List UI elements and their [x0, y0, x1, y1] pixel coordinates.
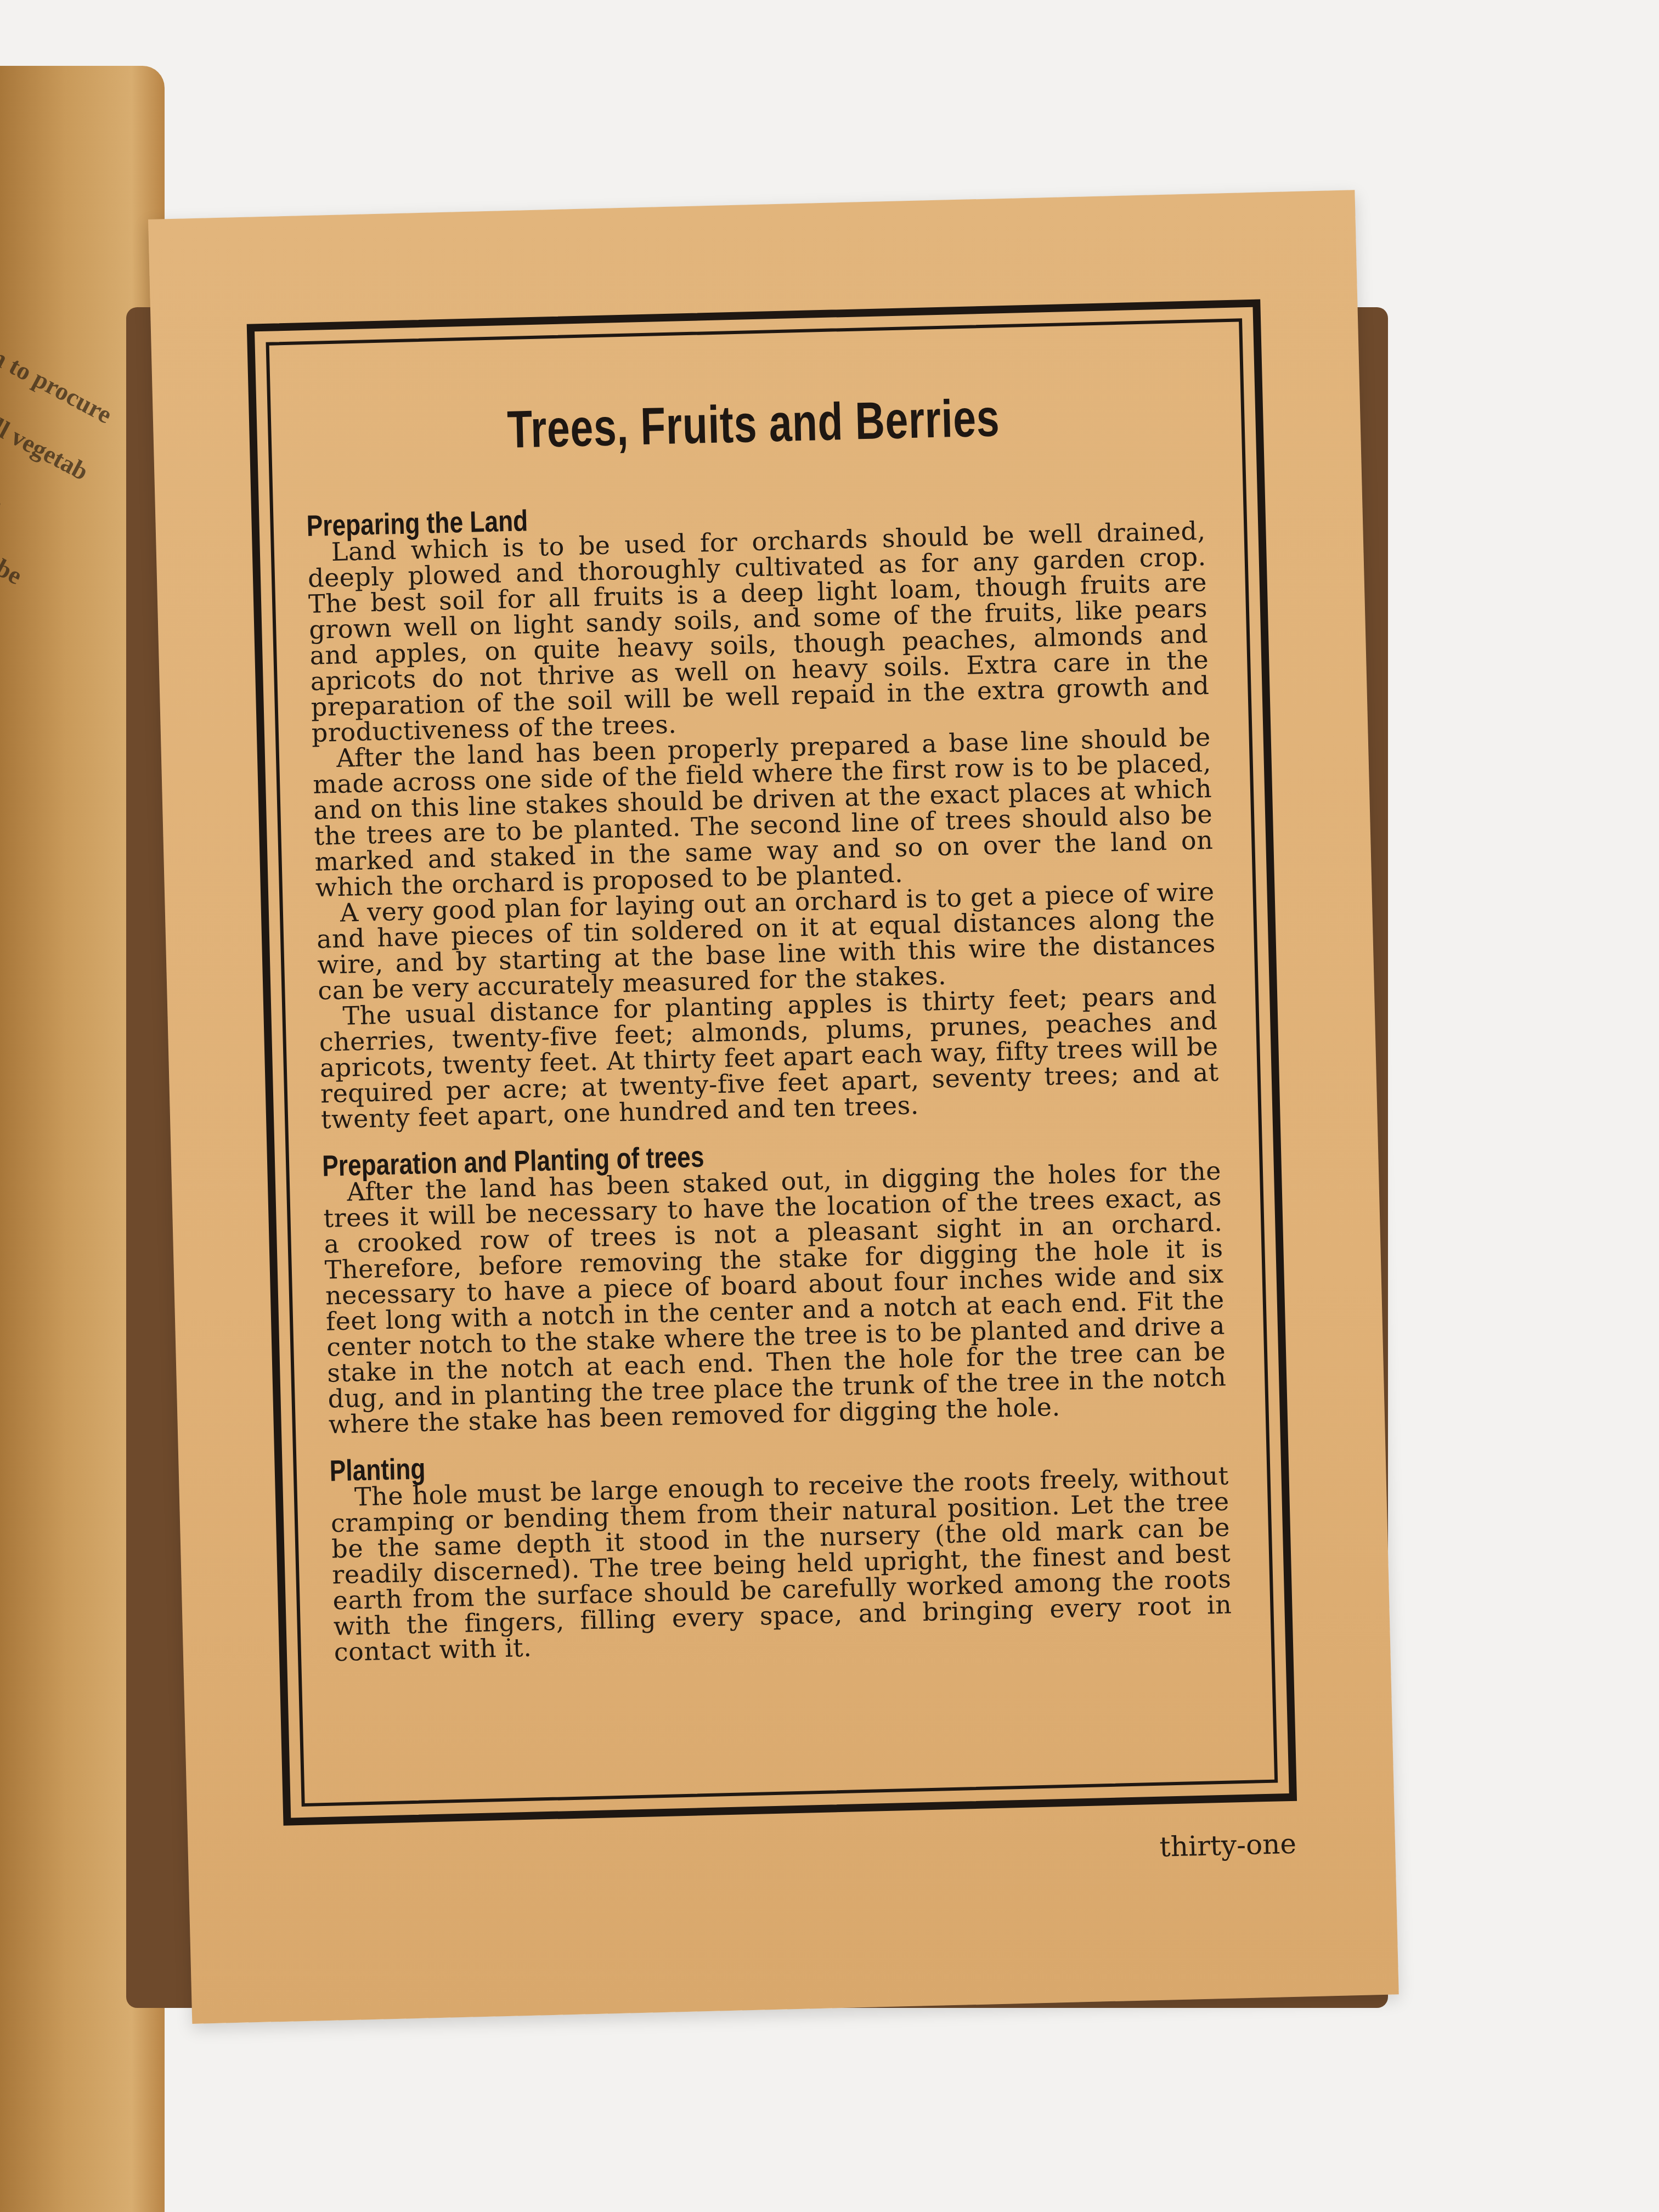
paragraph: The usual distance for planting apples i…: [318, 982, 1220, 1133]
page-border-outer: Trees, Fruits and Berries Preparing the …: [247, 300, 1297, 1826]
paragraph: The hole must be large enough to receive…: [330, 1463, 1233, 1666]
section-planting: Planting The hole must be large enough t…: [329, 1432, 1233, 1666]
left-page-text-fragments: ken to procure th d of all vegetab ermin…: [0, 329, 133, 1334]
paragraph: Land which is to be used for orchards sh…: [307, 518, 1210, 746]
paragraph: After the land has been staked out, in d…: [323, 1158, 1227, 1438]
page-border-inner: Trees, Fruits and Berries Preparing the …: [266, 318, 1278, 1807]
section-preparing-the-land: Preparing the Land Land which is to be u…: [306, 487, 1220, 1133]
section-preparation-and-planting: Preparation and Planting of trees After …: [322, 1127, 1227, 1438]
paragraph: After the land has been properly prepare…: [312, 724, 1214, 901]
page-number: thirty-one: [1159, 1828, 1297, 1863]
page-title: Trees, Fruits and Berries: [402, 386, 1104, 463]
book-page: Trees, Fruits and Berries Preparing the …: [148, 190, 1399, 2024]
